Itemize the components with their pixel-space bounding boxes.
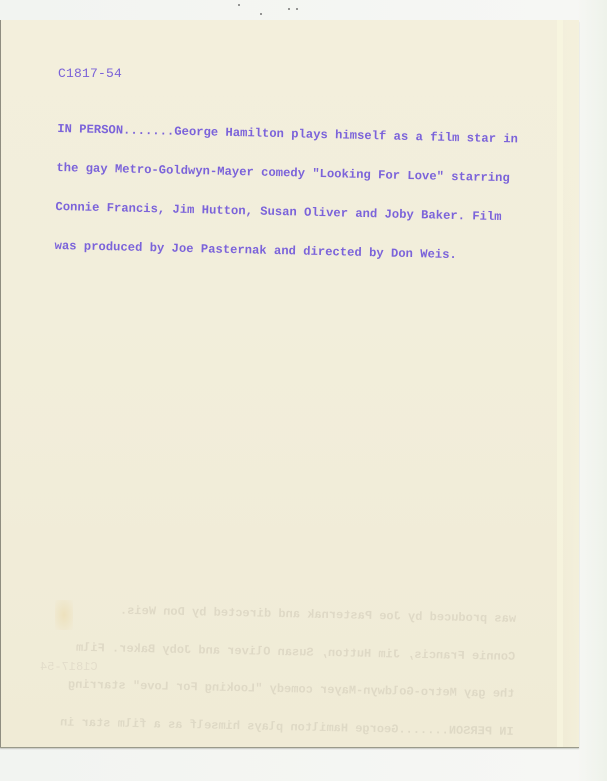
caption-line: was produced by Joe Pasternak and direct… <box>54 240 524 264</box>
ghost-line: IN PERSON.......George Hamilton plays hi… <box>44 716 514 738</box>
dust-speck <box>288 8 290 10</box>
caption-text: IN PERSON.......George Hamilton plays hi… <box>54 97 528 277</box>
caption-line: the gay Metro-Goldwyn-Mayer comedy "Look… <box>56 162 526 186</box>
show-through-text: was produced by Joe Pasternak and direct… <box>43 578 516 750</box>
catalog-number: C1817-54 <box>58 66 122 81</box>
dust-speck <box>238 4 240 6</box>
caption-line: Connie Francis, Jim Hutton, Susan Oliver… <box>55 201 525 225</box>
dust-speck <box>296 8 298 10</box>
paper-edge-stripe <box>557 20 563 747</box>
ghost-line: Connie Francis, Jim Hutton, Susan Oliver… <box>45 641 515 663</box>
caption-line: IN PERSON.......George Hamilton plays hi… <box>57 123 527 147</box>
show-through-catalog-number: C1817-54 <box>40 660 98 674</box>
dust-speck <box>260 13 262 15</box>
ghost-line: the gay Metro-Goldwyn-Mayer comedy "Look… <box>44 678 514 700</box>
ghost-line: was produced by Joe Pasternak and direct… <box>46 603 516 625</box>
